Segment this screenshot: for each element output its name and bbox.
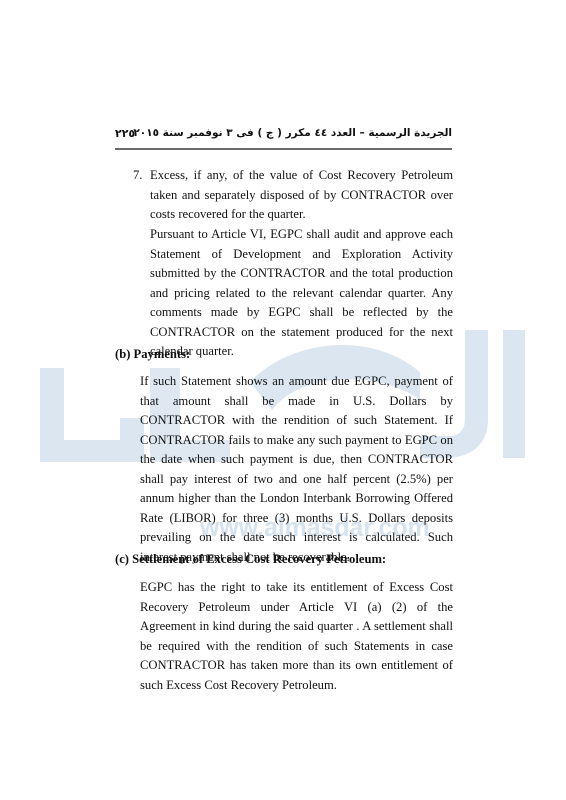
list-item-number: 7. [133,166,142,186]
list-item-7: 7. Excess, if any, of the value of Cost … [133,166,453,225]
gazette-header-title: الجريدة الرسمية – العدد ٤٤ مكرر ( ج ) فى… [133,127,452,139]
pursuant-paragraph: Pursuant to Article VI, EGPC shall audit… [150,225,453,362]
page-header: ٢٢٥ الجريدة الرسمية – العدد ٤٤ مكرر ( ج … [115,127,452,143]
section-body-payments: If such Statement shows an amount due EG… [140,372,453,567]
page-number: ٢٢٥ [115,127,135,140]
document-page: ٢٢٥ الجريدة الرسمية – العدد ٤٤ مكرر ( ج … [0,0,566,800]
section-heading-settlement: (c) Settlement of Excess Cost Recovery P… [115,550,386,570]
header-rule [115,148,452,150]
section-body-settlement: EGPC has the right to take its entitleme… [140,578,453,695]
section-heading-payments: (b) Payments: [115,345,190,365]
list-item-text: Excess, if any, of the value of Cost Rec… [150,166,453,225]
